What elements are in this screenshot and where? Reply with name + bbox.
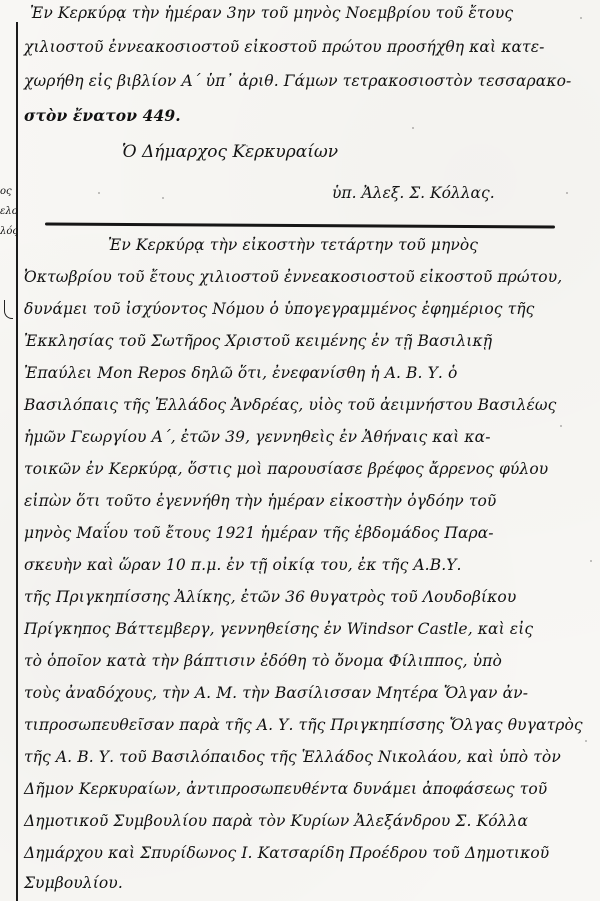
- margin-note: ος: [0, 182, 14, 202]
- record-2-line: Ὀκτωβρίου τοῦ ἔτους χιλιοστοῦ ἐννεακοσιο…: [24, 268, 562, 286]
- record-2-line: Βασιλόπαις τῆς Ἑλλάδος Ἀνδρέας, υἱὸς τοῦ…: [24, 396, 556, 414]
- record-1-line: Ἐν Κερκύρᾳ τὴν ἡμέραν 3ην τοῦ μηνὸς Νοεμ…: [30, 4, 513, 22]
- record-1-line: στὸν ἔνατον 449.: [24, 106, 181, 125]
- record-2-line: τοὺς ἀναδόχους, τὴν Α. Μ. τὴν Βασίλισσαν…: [24, 684, 528, 702]
- section-divider-rule: [45, 222, 555, 228]
- margin-note: ελο: [0, 202, 14, 222]
- record-2-line: ἡμῶν Γεωργίου Α΄, ἐτῶν 39, γεννηθεὶς ἐν …: [24, 428, 491, 446]
- record-2-line: Ἐπαύλει Mon Repos δηλῶ ὅτι, ἐνεφανίσθη ἡ…: [24, 364, 457, 382]
- margin-note: λός: [0, 222, 14, 242]
- record-2-line: μηνὸς Μαΐου τοῦ ἔτους 1921 ἡμέραν τῆς ἑβ…: [24, 524, 494, 542]
- record-2-line: Συμβουλίου.: [24, 874, 123, 892]
- record-1-line: χωρήθη εἰς βιβλίον Α΄ ὑπ᾽ ἀριθ. Γάμων τε…: [24, 72, 571, 90]
- record-2-line: τῆς Πριγκηπίσσης Ἀλίκης, ἐτῶν 36 θυγατρὸ…: [24, 588, 516, 606]
- margin-notes: ος ελο λός: [0, 182, 14, 242]
- record-2-line: Δημάρχου καὶ Σπυρίδωνος Ι. Κατσαρίδη Προ…: [24, 844, 549, 862]
- record-2-line: Ἐκκλησίας τοῦ Σωτῆρος Χριστοῦ κειμένης ἐ…: [24, 332, 492, 350]
- signature-title: Ὁ Δήμαρχος Κερκυραίων: [122, 142, 338, 162]
- signature-name: ὑπ. Ἀλεξ. Σ. Κόλλας.: [332, 184, 495, 202]
- record-2-line: εἰπὼν ὅτι τοῦτο ἐγεννήθη τὴν ἡμέραν εἰκο…: [24, 492, 496, 510]
- record-2-line: Δῆμον Κερκυραίων, ἀντιπροσωπευθέντα δυνά…: [24, 780, 547, 798]
- margin-bracket-mark: [4, 300, 13, 319]
- record-2-line: τοικῶν ἐν Κερκύρᾳ, ὅστις μοὶ παρουσίασε …: [24, 460, 548, 478]
- record-1-line: χιλιοστοῦ ἐννεακοσιοστοῦ εἰκοστοῦ πρώτου…: [24, 38, 544, 56]
- record-2-line: τιπροσωπευθεῖσαν παρὰ τῆς Α. Υ. τῆς Πριγ…: [24, 716, 583, 734]
- record-2-line: δυνάμει τοῦ ἰσχύοντος Νόμου ὁ ὑπογεγραμμ…: [24, 300, 534, 318]
- scanned-document-page: ος ελο λός Ἐν Κερκύρᾳ τὴν ἡμέραν 3ην τοῦ…: [0, 0, 600, 901]
- record-2-line: Δημοτικοῦ Συμβουλίου παρὰ τὸν Κυρίων Ἀλε…: [24, 812, 528, 830]
- record-2-line: Ἐν Κερκύρᾳ τὴν εἰκοστὴν τετάρτην τοῦ μην…: [108, 236, 478, 254]
- record-2-line: τὸ ὁποῖον κατὰ τὴν βάπτισιν ἐδόθη τὸ ὄνο…: [24, 652, 502, 670]
- record-2-line: τῆς Α. Β. Υ. τοῦ Βασιλόπαιδος τῆς Ἑλλάδο…: [24, 748, 561, 766]
- left-margin-rule: [16, 22, 18, 901]
- record-2-line: Πρίγκηπος Βάττεμβεργ, γεννηθείσης ἐν Win…: [24, 620, 533, 638]
- record-2-line: σκευὴν καὶ ὥραν 10 π.μ. ἐν τῇ οἰκίᾳ του,…: [24, 556, 462, 574]
